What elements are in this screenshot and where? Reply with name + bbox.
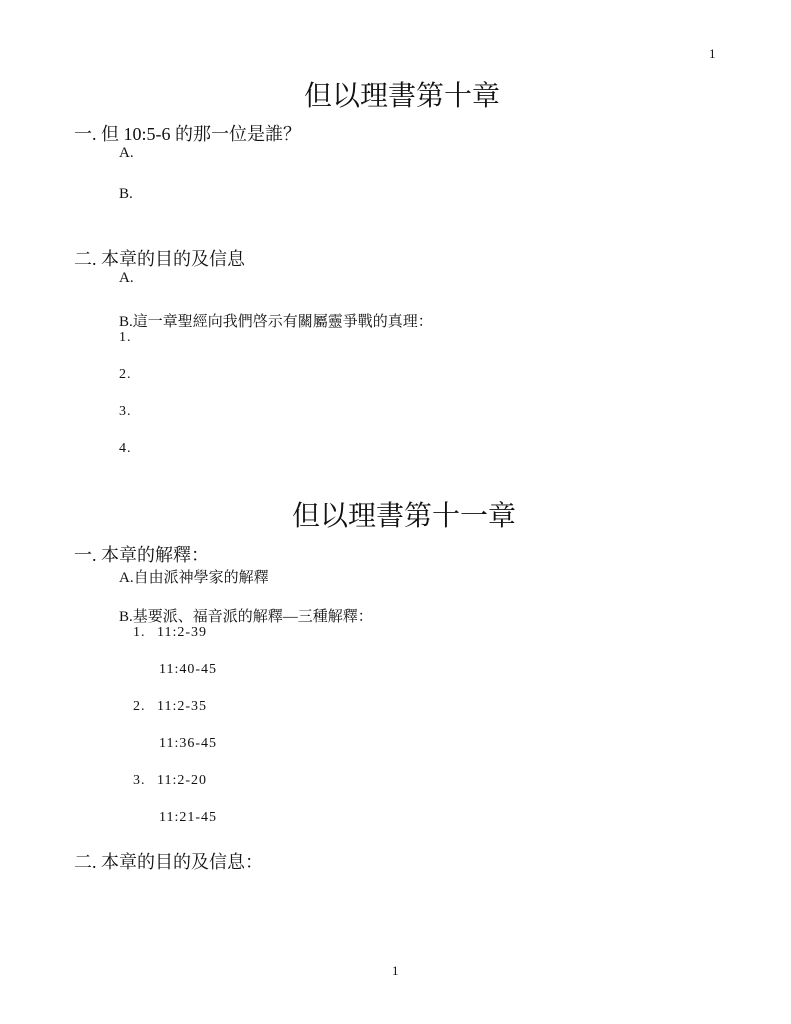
chapter-10-title: 但以理書第十章 xyxy=(304,74,500,114)
page-number-bottom: 1 xyxy=(392,963,399,979)
ch10-point-1: 1. xyxy=(119,330,132,346)
interpretation-2-label: 2. xyxy=(133,699,146,715)
ch10-point-3: 3. xyxy=(119,404,132,420)
interpretation-2-second: 11:36-45 xyxy=(159,736,217,752)
ch10-point-2: 2. xyxy=(119,367,132,383)
interpretation-1-label: 1. xyxy=(133,625,146,641)
ch10-section1-heading: 一. 但 10:5-6 的那一位是誰？ xyxy=(74,120,301,146)
interpretation-1-second: 11:40-45 xyxy=(159,662,217,678)
page-number-top: 1 xyxy=(709,46,716,62)
ch10-section2-heading: 二. 本章的目的及信息 xyxy=(74,245,245,271)
ch10-point-4: 4. xyxy=(119,441,132,457)
ch11-section1-item-a: A.自由派神學家的解釋 xyxy=(119,566,269,587)
ch11-section1-heading: 一. 本章的解釋： xyxy=(74,541,209,567)
ch11-section1-item-b: B.基要派、福音派的解釋—三種解釋： xyxy=(119,605,373,626)
interpretation-3-first: 11:2-20 xyxy=(157,773,207,789)
ch10-section1-item-b: B. xyxy=(119,186,133,203)
ch10-section2-item-b: B.這一章聖經向我們啓示有關屬靈爭戰的真理： xyxy=(119,310,433,331)
ch10-section1-item-a: A. xyxy=(119,145,134,162)
chapter-11-title: 但以理書第十一章 xyxy=(292,494,516,534)
interpretation-3-label: 3. xyxy=(133,773,146,789)
interpretation-2-first: 11:2-35 xyxy=(157,699,207,715)
ch11-section2-heading: 二. 本章的目的及信息： xyxy=(74,848,263,874)
interpretation-1-first: 11:2-39 xyxy=(157,625,207,641)
interpretation-3-second: 11:21-45 xyxy=(159,810,217,826)
ch10-section2-item-a: A. xyxy=(119,270,134,287)
